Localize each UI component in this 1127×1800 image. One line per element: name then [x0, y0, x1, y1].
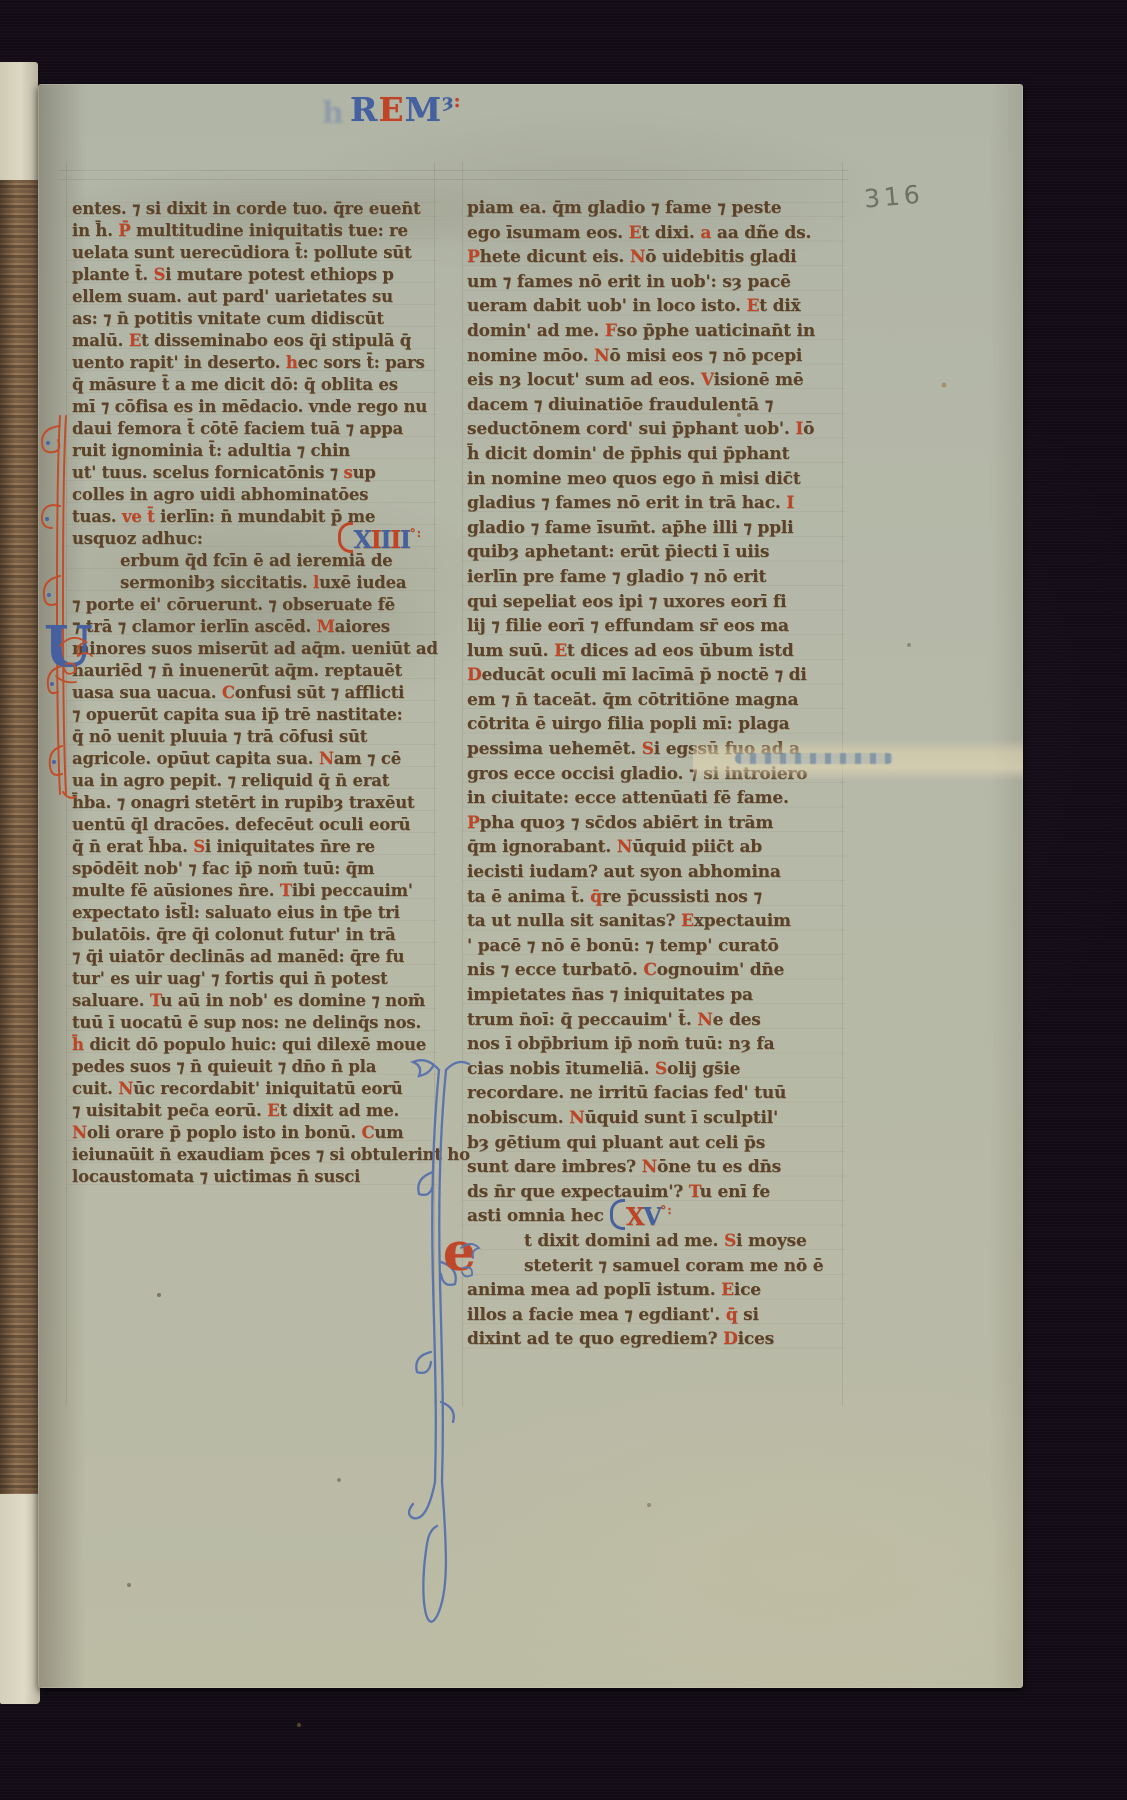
manuscript-text-line: q̄ n̄ erat h̄ba. Si iniquitates n̄re re [66, 836, 438, 858]
parchment-specks [38, 84, 40, 86]
manuscript-text-line: ut' tuus. scelus fornicatōnis ⁊ sup [66, 462, 438, 484]
manuscript-text-line: lij ⁊ filie eorī ⁊ effundam sr̄ eos ma [462, 614, 846, 639]
manuscript-text-line: um ⁊ fames nō erit in uob': sȝ pacē [462, 270, 846, 295]
running-title-letter: R [350, 90, 378, 129]
blue-streak-stain [735, 753, 893, 764]
manuscript-text-line: dixint ad te quo egrediem? Dices [462, 1327, 846, 1352]
numeral-letter: X [626, 1202, 643, 1231]
manuscript-text-line: sermonibȝ siccitatis. luxē iudea [66, 572, 438, 594]
manuscript-text-line: bȝ gētium qui pluant aut celi p̄s [462, 1131, 846, 1156]
text-column-left: entes. ⁊ si dixit in corde tuo. q̄re eue… [66, 192, 438, 1196]
manuscript-text-line: nos ī obp̄brium ip̄ nom̄ tuū: nȝ fa [462, 1032, 846, 1057]
manuscript-text-line: in h̄. P̄ multitudine iniquitatis tue: r… [66, 220, 438, 242]
running-title-letter: : [454, 90, 461, 112]
red-penwork-flourish [32, 414, 78, 798]
manuscript-text-line: uento rapit' in deserto. hec sors t̄: pa… [66, 352, 438, 374]
manuscript-text-line: cias nobis ītumeliā. Solij gs̄ie [462, 1057, 846, 1082]
manuscript-text-line: multe fē aūsiones n̄re. Tibi peccauim' [66, 880, 438, 902]
manuscript-text-line: uentū q̄l dracōes. defecēut oculi eorū [66, 814, 438, 836]
manuscript-text-line: ' pacē ⁊ nō ē bonū: ⁊ temp' curatō [462, 934, 846, 959]
initial-E-chapter15: e [443, 1230, 505, 1292]
red-filigree-icon [44, 622, 108, 692]
manuscript-text-line: ueram dabit uob' in loco isto. Et dix̄ [462, 294, 846, 319]
manuscript-text-line: trum n̄oī: q̄ peccauim' t̄. Ne des [462, 1008, 846, 1033]
manuscript-text-line: sunt dare imbres? Nōne tu es dn̄s [462, 1155, 846, 1180]
numeral-letter: V [643, 1202, 660, 1231]
manuscript-text-line: quibȝ aphetant: erūt p̄iecti ī uiis [462, 540, 846, 565]
manuscript-text-line: plante t̄. Si mutare potest ethiops p [66, 264, 438, 286]
manuscript-text-line: ⁊ porte ei' cōruerunt. ⁊ obseruate fē [66, 594, 438, 616]
manuscript-text-line: Deducāt oculi mī lacīmā p̄ noctē ⁊ di [462, 663, 846, 688]
manuscript-text-line: anima mea ad poplī istum. Eice [462, 1278, 846, 1303]
manuscript-text-line: minores suos miserūt ad aq̄m. ueniūt ad [66, 638, 438, 660]
manuscript-text-line: em ⁊ n̄ taceāt. q̄m cōtritiōne magna [462, 688, 846, 713]
manuscript-text-line: uasa sua uacua. Confusi sūt ⁊ afflicti [66, 682, 438, 704]
parchment-repair-band [693, 740, 1023, 780]
manuscript-text-line: nobiscum. Nūquid sunt ī sculptil' [462, 1106, 846, 1131]
book-edge-bottom-leaf [0, 1494, 40, 1704]
manuscript-text-line: agricole. opūut capita sua. Nam ⁊ cē [66, 748, 438, 770]
manuscript-text-line: in nomine meo quos ego n̄ misi dic̄t [462, 467, 846, 492]
manuscript-text-line: expectato ist̄l: saluato eius in tp̄e tr… [66, 902, 438, 924]
manuscript-text-line: impietates n̄as ⁊ iniquitates pa [462, 983, 846, 1008]
manuscript-text-line: ⁊ trā ⁊ clamor ierlīn ascēd. Maiores [66, 616, 438, 638]
running-title-letters: REMȝ: [350, 106, 461, 125]
manuscript-text-line: usquoz adhuc:XIIII°: [66, 528, 438, 550]
running-title-letter: ȝ [442, 90, 454, 112]
blue-penwork-flourish [383, 1052, 483, 1652]
initial-V-chapter14: U [44, 622, 108, 692]
manuscript-text-line: ta ut nulla sit sanitas? Expectauim [462, 909, 846, 934]
manuscript-text-line: erbum q̄d fcīn ē ad ieremiā de [66, 550, 438, 572]
manuscript-text-line: gladius ⁊ fames nō erit in trā hac. I [462, 491, 846, 516]
manuscript-text-line: malū. Et disseminabo eos q̄i stipulā q̄ [66, 330, 438, 352]
folio-number: 316 [863, 179, 925, 213]
manuscript-text-line: entes. ⁊ si dixit in corde tuo. q̄re eue… [66, 198, 438, 220]
numeral-suffix: °: [660, 1203, 672, 1217]
manuscript-text-line: hauriēd ⁊ n̄ inuenerūt aq̄m. reptauēt [66, 660, 438, 682]
paraph-mark-icon [338, 522, 353, 553]
manuscript-text-line: mī ⁊ cōfisa es in mēdacio. vnde rego nu [66, 396, 438, 418]
manuscript-text-line: tuū ī uocatū ē sup nos: ne delinq̄s nos. [66, 1012, 438, 1034]
manuscript-text-line: seductōnem cord' sui p̄phant uob'. Iō [462, 417, 846, 442]
manuscript-text-line: tur' es uir uag' ⁊ fortis qui n̄ potest [66, 968, 438, 990]
manuscript-text-line: illos a facie mea ⁊ egdiant'. q̄ si [462, 1303, 846, 1328]
manuscript-text-line: gladio ⁊ fame īsum̄t. ap̄he illi ⁊ ppli [462, 516, 846, 541]
manuscript-text-line: asti omnia hecXV°: [462, 1204, 846, 1229]
numeral-suffix: °: [410, 526, 422, 540]
manuscript-text-line: ego īsumam eos. Et dixi. a aa dñe ds. [462, 221, 846, 246]
running-title-letter: E [378, 90, 404, 129]
manuscript-text-line: nomine mōo. Nō misi eos ⁊ nō pcepi [462, 344, 846, 369]
manuscript-text-line: dacem ⁊ diuinatiōe fraudulentā ⁊ [462, 393, 846, 418]
running-title: h REMȝ: [350, 90, 461, 134]
manuscript-text-line: ierlīn pre fame ⁊ gladio ⁊ nō erit [462, 565, 846, 590]
manuscript-text-line: ⁊ opuerūt capita sua ip̄ trē nastitate: [66, 704, 438, 726]
manuscript-text-line: ta ē anima t̄. q̄re p̄cussisti nos ⁊ [462, 885, 846, 910]
manuscript-text-line: domin' ad me. Fso p̄phe uaticinan̄t in [462, 319, 846, 344]
manuscript-text-line: bulatōis. q̄re q̄i colonut futur' in trā [66, 924, 438, 946]
manuscript-text-line: cōtrita ē uirgo filia popli mī: plaga [462, 712, 846, 737]
manuscript-text-line: daui femora t̄ cōtē faciem tuā ⁊ appa [66, 418, 438, 440]
manuscript-text-line: ellem suam. aut pard' uarietates su [66, 286, 438, 308]
manuscript-text-line: q̄m ignorabant. Nūquid piic̄t ab [462, 835, 846, 860]
manuscript-text-line: ⁊ q̄i uiatōr declinās ad manēd: q̄re fu [66, 946, 438, 968]
manuscript-text-line: Ppha quoȝ ⁊ sc̄dos abiērt in trām [462, 811, 846, 836]
manuscript-text-line: qui sepeliat eos ipi ⁊ uxores eorī fi [462, 590, 846, 615]
manuscript-text-line: recordare. ne irritū facias fed' tuū [462, 1081, 846, 1106]
paraph-mark-icon [610, 1199, 625, 1230]
manuscript-text-line: as: ⁊ n̄ potitis vnitate cum didiscūt [66, 308, 438, 330]
manuscript-text-line: colles in agro uidi abhominatōes [66, 484, 438, 506]
manuscript-text-line: steterit ⁊ samuel coram me nō ē [462, 1254, 846, 1279]
book-page-edges-texture [0, 180, 38, 1494]
manuscript-text-line: q̄ nō uenit pluuia ⁊ trā cōfusi sūt [66, 726, 438, 748]
manuscript-text-line: in ciuitate: ecce attenūati fē fame. [462, 786, 846, 811]
manuscript-text-line: spōdēit nob' ⁊ fac ip̄ nom̄ tuū: q̄m [66, 858, 438, 880]
manuscript-photo: h REMȝ: 316 entes. ⁊ si dixit in corde t… [0, 0, 1127, 1800]
manuscript-text-line: eis nȝ locut' sum ad eos. Visionē mē [462, 368, 846, 393]
running-title-letter: M [405, 90, 443, 129]
blue-filigree-icon [443, 1230, 505, 1292]
manuscript-text-line: piam ea. q̄m gladio ⁊ fame ⁊ peste [462, 196, 846, 221]
ruling-horizontal-line [58, 179, 848, 180]
manuscript-text-line: nis ⁊ ecce turbatō. Cognouim' dn̄e [462, 958, 846, 983]
manuscript-text-line: lum suū. Et dices ad eos ūbum istd [462, 639, 846, 664]
running-title-ghost-offset: h [322, 96, 344, 131]
manuscript-text-line: iecisti iudam? aut syon abhomina [462, 860, 846, 885]
manuscript-text-line: Phete dicunt eis. Nō uidebitis gladi [462, 245, 846, 270]
chapter-numeral-XV: XV°: [610, 1198, 673, 1233]
manuscript-text-line: q̄ māsure t̄ a me dicit dō: q̄ oblita es [66, 374, 438, 396]
manuscript-text-line: saluare. Tu aū in nob' es domine ⁊ nom̄ [66, 990, 438, 1012]
manuscript-text-line: h̄ba. ⁊ onagri stetērt in rupibȝ traxēut [66, 792, 438, 814]
ruling-horizontal-line [58, 170, 848, 171]
manuscript-text-line: h̄ dicit domin' de p̄phis qui p̄phant [462, 442, 846, 467]
manuscript-text-line: t dixit domini ad me. Si moyse [462, 1229, 846, 1254]
manuscript-page: h REMȝ: 316 entes. ⁊ si dixit in corde t… [38, 84, 1023, 1688]
manuscript-text-line: uelata sunt uerecūdiora t̄: pollute sūt [66, 242, 438, 264]
manuscript-text-line: ua in agro pepit. ⁊ reliquid q̄ n̄ erat [66, 770, 438, 792]
book-edge-top-leaf [0, 62, 38, 180]
manuscript-text-line: ruit ignominia t̄: adultia ⁊ chin [66, 440, 438, 462]
